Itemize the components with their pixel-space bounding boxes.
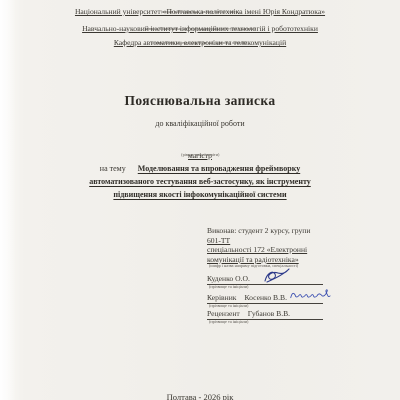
supervisor-name: Косенко В.В. (244, 293, 287, 303)
reviewer-name-caption: (прізвище та ініціали) (207, 320, 323, 326)
supervisor-signature-row: Керівник Косенко В.В. (207, 293, 323, 304)
reviewer-name: Губанов В.В. (248, 309, 290, 319)
student-signature-row: Куденко О.О. (207, 272, 323, 285)
student-name-caption: (прізвище та ініціали) (207, 285, 323, 291)
specialty-caption: (шифр і назва напряму підготовки, спеціа… (207, 264, 323, 270)
university-caption: (повне найменування закладу вищої освіти… (0, 10, 400, 16)
thesis-title-page: Національний університет «Полтавська пол… (0, 0, 400, 400)
executor-line: Виконав: студент 2 курсу, групи (207, 226, 323, 236)
student-name: Куденко О.О. (207, 274, 250, 284)
specialty-line-1: спеціальності 172 «Електронні (207, 245, 323, 255)
document-subtitle: до кваліфікаційної роботи (0, 119, 400, 128)
degree-caption: (рівень вищої освіти) (0, 153, 400, 159)
executor-block: Виконав: студент 2 курсу, групи 601-ТТ с… (207, 226, 323, 326)
topic-label: на тему (100, 164, 126, 173)
topic-line-2: автоматизованого тестування веб-застосун… (0, 177, 400, 187)
document-title: Пояснювальна записка (0, 93, 400, 109)
reviewer-role: Рецензент (207, 309, 240, 319)
topic-line-3: підвищення якості інфокомунікаційної сис… (0, 190, 400, 200)
student-group: 601-ТТ (207, 236, 323, 246)
specialty-line-2: комунікації та радіотехніка» (207, 255, 323, 265)
footer-city-year: Полтава - 2026 рік (0, 392, 400, 400)
topic-line-1: на темуМоделювання та впровадження фрейм… (0, 164, 400, 174)
supervisor-role: Керівник (207, 293, 236, 303)
department-caption: (повна назва кафедри (предметної, циклов… (0, 41, 400, 47)
reviewer-signature-row: Рецензент Губанов В.В. (207, 310, 323, 320)
